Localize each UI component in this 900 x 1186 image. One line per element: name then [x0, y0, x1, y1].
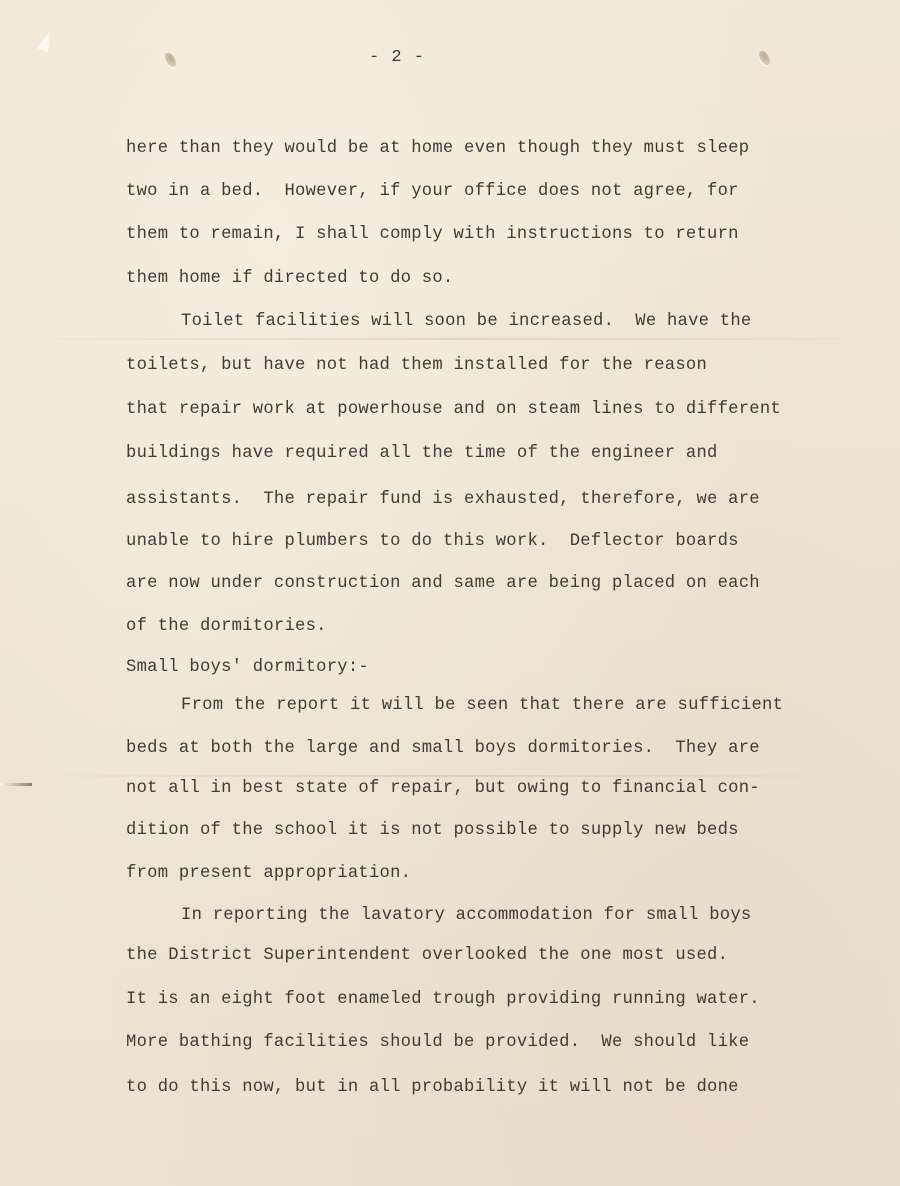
paper-fold-line — [0, 338, 900, 340]
text-line: assistants. The repair fund is exhausted… — [126, 490, 760, 509]
paragraph-start-line: Toilet facilities will soon be increased… — [181, 312, 751, 331]
typed-letter-page: - 2 - here than they would be at home ev… — [0, 0, 900, 1186]
text-line: toilets, but have not had them installed… — [126, 356, 707, 375]
text-line: two in a bed. However, if your office do… — [126, 182, 739, 201]
text-line: from present appropriation. — [126, 864, 411, 883]
paper-edge-mark — [0, 783, 32, 786]
staple-hole-left — [163, 51, 179, 69]
text-line: them home if directed to do so. — [126, 269, 454, 288]
text-line: beds at both the large and small boys do… — [126, 739, 760, 758]
text-line: unable to hire plumbers to do this work.… — [126, 532, 739, 551]
paper-tear-mark — [37, 30, 55, 53]
section-heading: Small boys' dormitory:- — [126, 658, 369, 677]
text-line: here than they would be at home even tho… — [126, 139, 749, 158]
staple-hole-right — [757, 49, 773, 67]
text-line: not all in best state of repair, but owi… — [126, 779, 760, 798]
text-line: dition of the school it is not possible … — [126, 821, 739, 840]
page-number: - 2 - — [362, 48, 432, 67]
text-line: them to remain, I shall comply with inst… — [126, 225, 739, 244]
text-line: More bathing facilities should be provid… — [126, 1033, 749, 1052]
paper-fold-line — [0, 775, 900, 777]
text-line: of the dormitories. — [126, 617, 327, 636]
text-line: It is an eight foot enameled trough prov… — [126, 990, 760, 1009]
text-line: to do this now, but in all probability i… — [126, 1078, 739, 1097]
paragraph-start-line: In reporting the lavatory accommodation … — [181, 906, 751, 925]
text-line: are now under construction and same are … — [126, 574, 760, 593]
paragraph-start-line: From the report it will be seen that the… — [181, 696, 783, 715]
text-line: buildings have required all the time of … — [126, 444, 718, 463]
text-line: that repair work at powerhouse and on st… — [126, 400, 781, 419]
text-line: the District Superintendent overlooked t… — [126, 946, 728, 965]
